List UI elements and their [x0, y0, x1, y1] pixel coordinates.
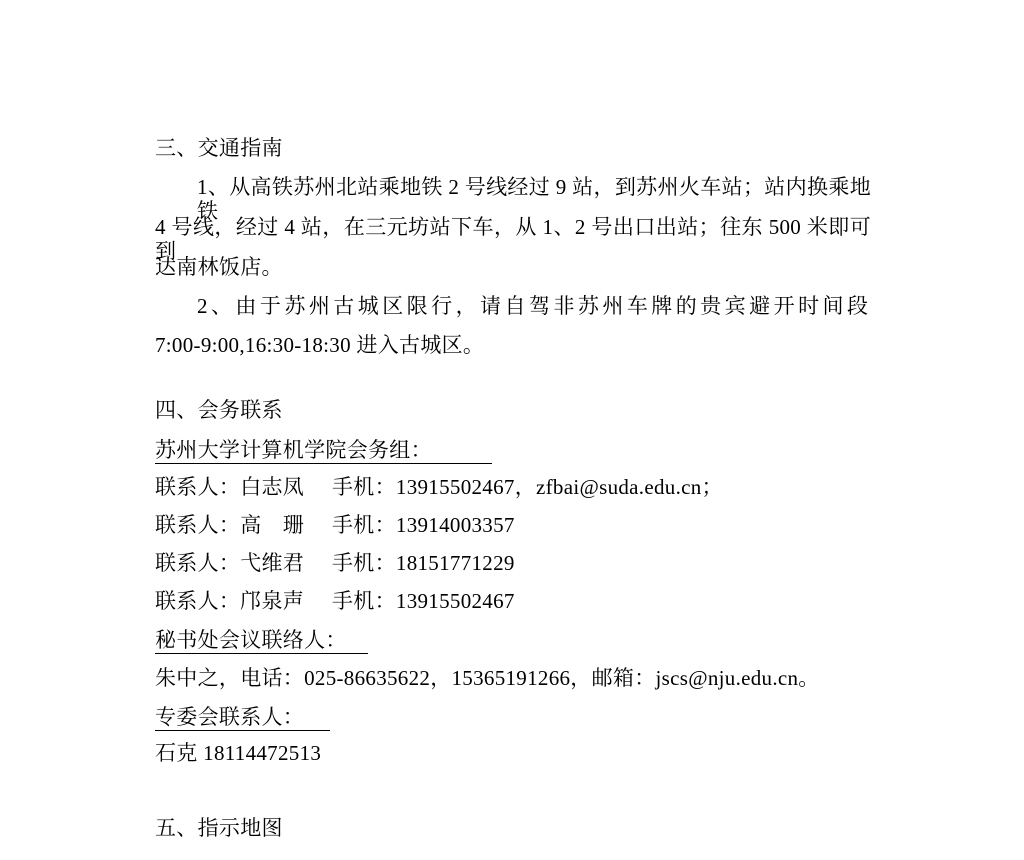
- contact-group-title-wrap: 苏州大学计算机学院会务组：: [155, 438, 492, 464]
- contact-row: 联系人：高 珊 手机：13914003357: [155, 513, 515, 537]
- contact-info: 手机：13915502467: [332, 589, 515, 613]
- contact-label: 联系人：弋维君: [155, 551, 332, 575]
- contact-info: 手机：13915502467，zfbai@suda.edu.cn；: [332, 475, 723, 499]
- contact-line: 石克 18114472513: [155, 741, 321, 765]
- section-heading-map: 五、指示地图: [155, 816, 283, 840]
- contact-group-title-wrap: 专委会联系人：: [155, 705, 330, 731]
- contact-row: 联系人：邝泉声 手机：13915502467: [155, 589, 515, 613]
- section-heading-transport: 三、交通指南: [155, 136, 283, 160]
- contact-row: 联系人：弋维君 手机：18151771229: [155, 551, 515, 575]
- contact-label: 联系人：白志凤: [155, 475, 332, 499]
- paragraph-line: 达南林饭店。: [155, 255, 283, 279]
- section-heading-contacts: 四、会务联系: [155, 398, 283, 422]
- document-page: 三、交通指南 1、从高铁苏州北站乘地铁 2 号线经过 9 站，到苏州火车站；站内…: [0, 0, 1024, 860]
- contact-group-title: 秘书处会议联络人：: [155, 628, 368, 654]
- contact-info: 手机：13914003357: [332, 513, 515, 537]
- paragraph-line: 7:00-9:00,16:30-18:30 进入古城区。: [155, 333, 484, 357]
- contact-row: 联系人：白志凤 手机：13915502467，zfbai@suda.edu.cn…: [155, 475, 723, 499]
- paragraph-line: 2、由于苏州古城区限行，请自驾非苏州车牌的贵宾避开时间段: [197, 294, 871, 318]
- contact-group-title: 专委会联系人：: [155, 705, 330, 731]
- contact-label: 联系人：邝泉声: [155, 589, 332, 613]
- contact-group-title-wrap: 秘书处会议联络人：: [155, 628, 368, 654]
- contact-line: 朱中之，电话：025-86635622，15365191266，邮箱：jscs@…: [155, 666, 820, 690]
- contact-group-title: 苏州大学计算机学院会务组：: [155, 438, 492, 464]
- contact-info: 手机：18151771229: [332, 551, 515, 575]
- contact-label: 联系人：高 珊: [155, 513, 332, 537]
